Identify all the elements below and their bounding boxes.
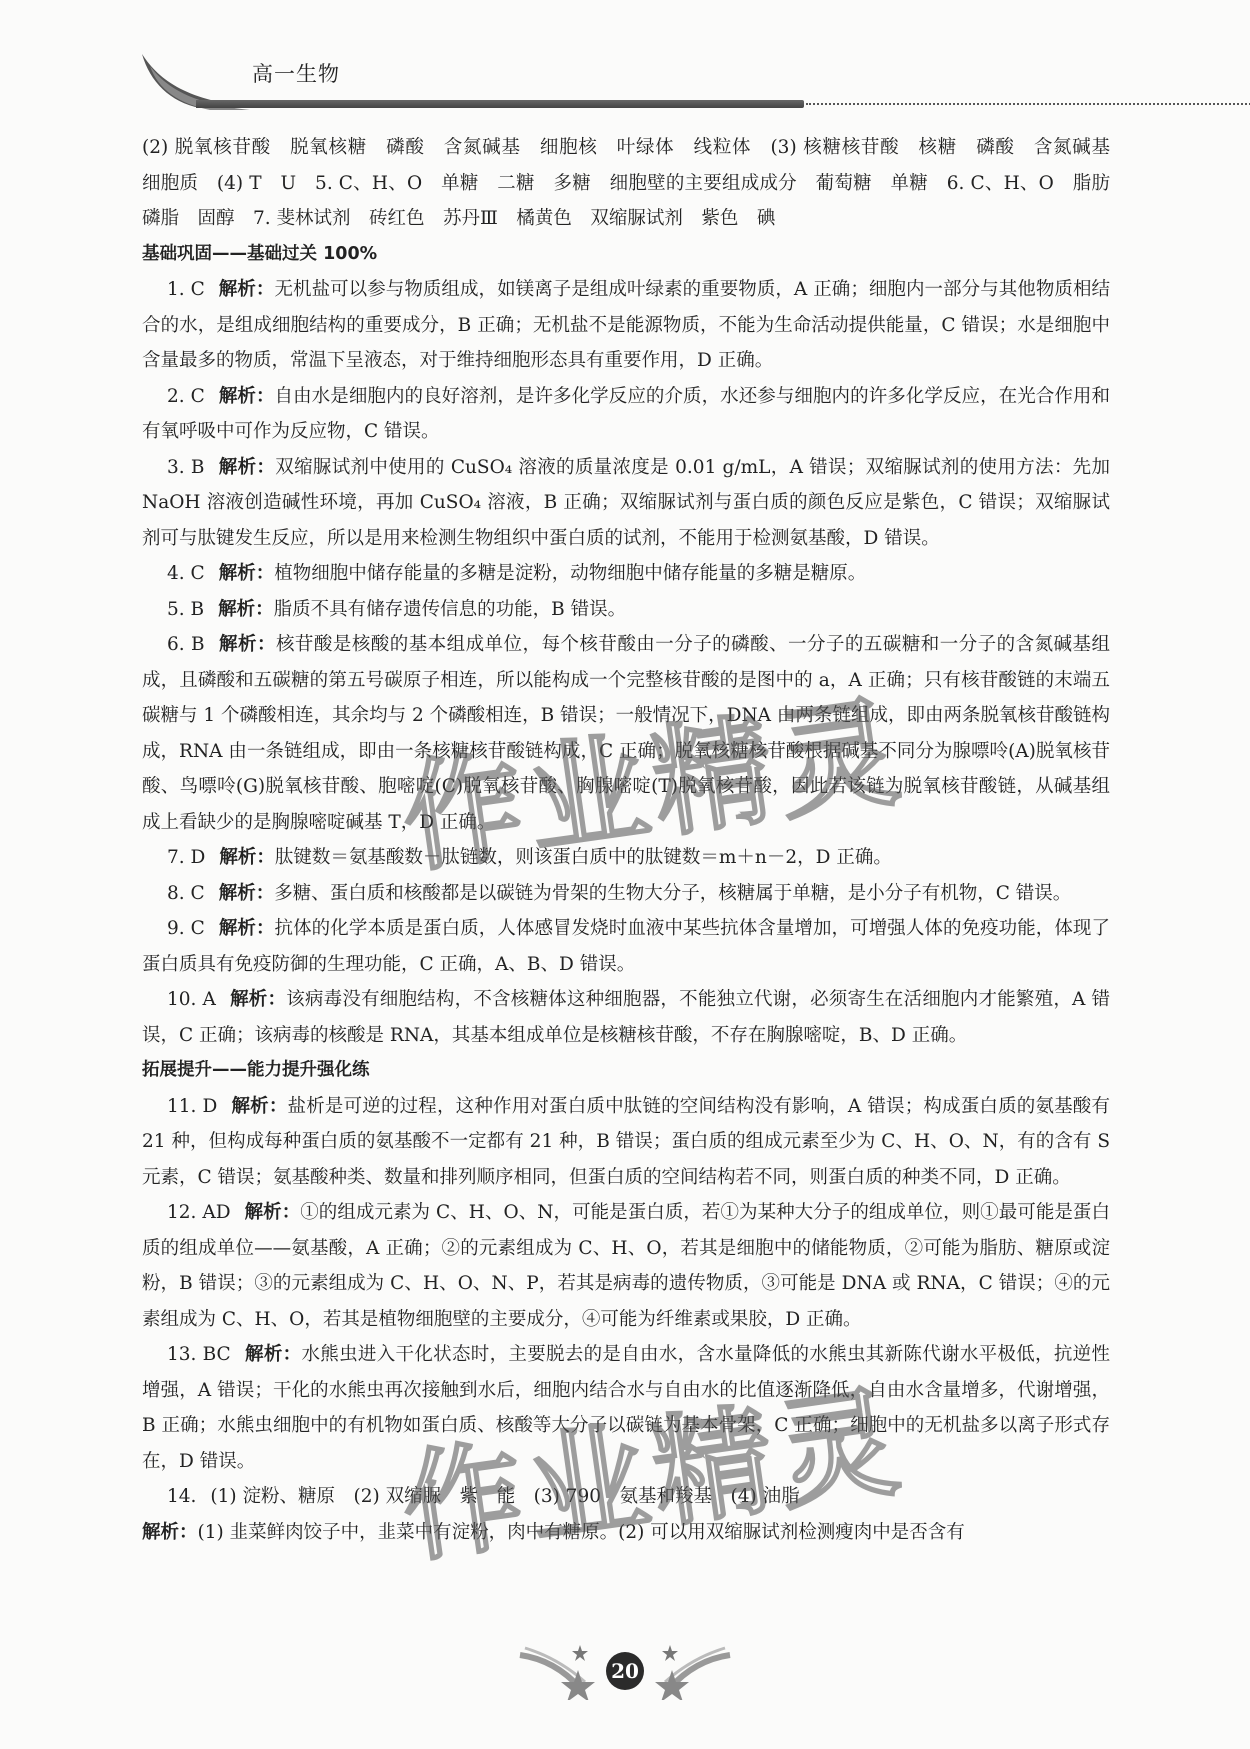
header-bar-decoration xyxy=(196,100,804,108)
answer-item-5: 5. B解析：脂质不具有储存遗传信息的功能，B 错误。 xyxy=(142,592,1110,628)
answer-item-9: 9. C解析：抗体的化学本质是蛋白质，人体感冒发烧时血液中某些抗体含量增加，可增… xyxy=(142,911,1110,982)
answer-item-7: 7. D解析：肽键数＝氨基酸数－肽链数，则该蛋白质中的肽键数＝m＋n－2，D 正… xyxy=(142,840,1110,876)
header-dotted-rule xyxy=(806,103,1250,105)
section-title-advanced: 拓展提升——能力提升强化练 xyxy=(142,1053,1110,1089)
page-number: 20 xyxy=(606,1652,644,1690)
intro-answers: (2) 脱氧核苷酸 脱氧核糖 磷酸 含氮碱基 细胞核 叶绿体 线粒体 (3) 核… xyxy=(142,130,1110,237)
answer-item-1: 1. C解析：无机盐可以参与物质组成，如镁离子是组成叶绿素的重要物质，A 正确；… xyxy=(142,272,1110,379)
answer-item-3: 3. B解析：双缩脲试剂中使用的 CuSO₄ 溶液的质量浓度是 0.01 g/m… xyxy=(142,450,1110,557)
star-decoration-icon xyxy=(500,1640,600,1700)
answer-item-4: 4. C解析：植物细胞中储存能量的多糖是淀粉，动物细胞中储存能量的多糖是糖原。 xyxy=(142,556,1110,592)
answer-item-13: 13. BC解析：水熊虫进入干化状态时，主要脱去的是自由水，含水量降低的水熊虫其… xyxy=(142,1337,1110,1479)
document-page: 高一生物 (2) 脱氧核苷酸 脱氧核糖 磷酸 含氮碱基 细胞核 叶绿体 线粒体 … xyxy=(0,0,1250,1749)
answer-item-11: 11. D解析：盐析是可逆的过程，这种作用对蛋白质中肽链的空间结构没有影响，A … xyxy=(142,1089,1110,1196)
answer-item-14: 14.(1) 淀粉、糖原 (2) 双缩脲 紫 能 (3) 790 氨基和羧基 (… xyxy=(142,1479,1110,1515)
subject-title: 高一生物 xyxy=(252,58,340,88)
page-footer: 20 xyxy=(490,1640,760,1710)
section-title-basic: 基础巩固——基础过关 100% xyxy=(142,237,1110,273)
answer-item-12: 12. AD解析：①的组成元素为 C、H、O、N，可能是蛋白质，若①为某种大分子… xyxy=(142,1195,1110,1337)
answer-content: (2) 脱氧核苷酸 脱氧核糖 磷酸 含氮碱基 细胞核 叶绿体 线粒体 (3) 核… xyxy=(142,130,1110,1550)
answer-item-10: 10. A解析：该病毒没有细胞结构，不含核糖体这种细胞器，不能独立代谢，必须寄生… xyxy=(142,982,1110,1053)
answer-item-2: 2. C解析：自由水是细胞内的良好溶剂，是许多化学反应的介质，水还参与细胞内的许… xyxy=(142,379,1110,450)
section-basic-items: 1. C解析：无机盐可以参与物质组成，如镁离子是组成叶绿素的重要物质，A 正确；… xyxy=(142,272,1110,1053)
section-advanced-items: 11. D解析：盐析是可逆的过程，这种作用对蛋白质中肽链的空间结构没有影响，A … xyxy=(142,1089,1110,1551)
answer-item-14-explanation: 解析：(1) 韭菜鲜肉饺子中，韭菜中有淀粉，肉中有糖原。(2) 可以用双缩脲试剂… xyxy=(142,1515,1110,1551)
star-decoration-icon xyxy=(650,1640,750,1700)
answer-item-8: 8. C解析：多糖、蛋白质和核酸都是以碳链为骨架的生物大分子，核糖属于单糖，是小… xyxy=(142,876,1110,912)
page-header: 高一生物 xyxy=(140,52,1120,112)
answer-item-6: 6. B解析：核苷酸是核酸的基本组成单位，每个核苷酸由一分子的磷酸、一分子的五碳… xyxy=(142,627,1110,840)
